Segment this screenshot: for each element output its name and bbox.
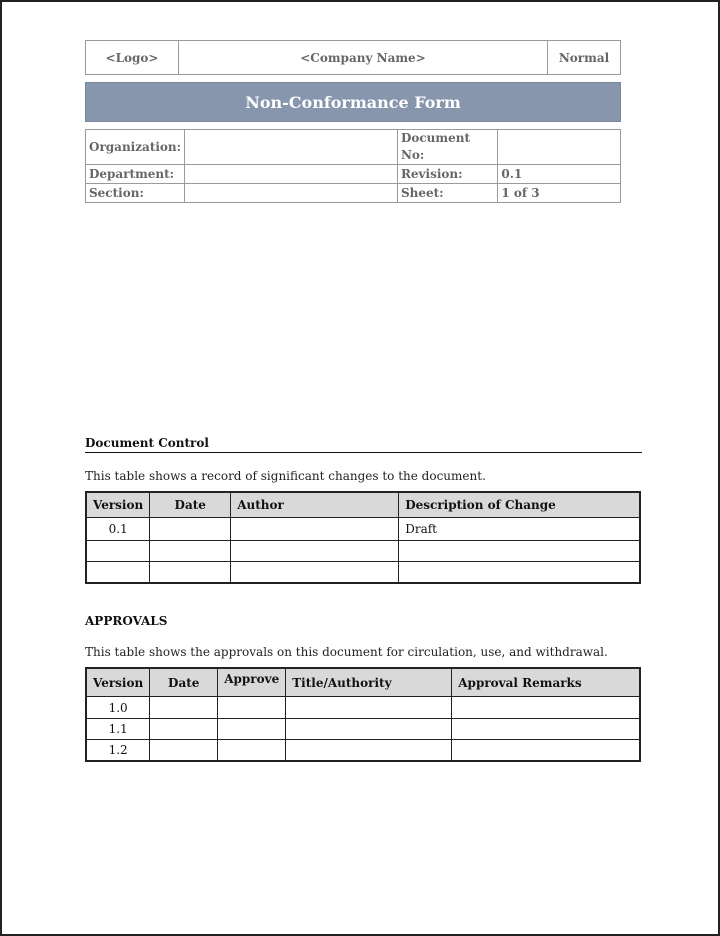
cell-description[interactable]: Draft [399, 518, 640, 541]
cell-date[interactable] [150, 562, 231, 583]
cell-date[interactable] [150, 541, 231, 562]
organization-label: Organization: [86, 130, 185, 165]
organization-field[interactable] [185, 130, 398, 165]
table-row: 1.2 [86, 740, 640, 761]
section-field[interactable] [185, 184, 398, 203]
cell-description[interactable] [399, 562, 640, 583]
department-field[interactable] [185, 165, 398, 184]
info-row-organization: Organization: Document No: [86, 130, 621, 165]
table-header-row: Version Date Author Description of Chang… [86, 492, 640, 518]
column-header-description: Description of Change [399, 492, 640, 518]
cell-title-authority[interactable] [286, 740, 452, 761]
approvals-description: This table shows the approvals on this d… [85, 645, 608, 659]
cell-version[interactable]: 1.1 [86, 719, 150, 740]
document-no-label: Document No: [397, 130, 497, 165]
logo-placeholder: <Logo> [86, 41, 179, 74]
cell-version[interactable] [86, 541, 150, 562]
approvals-heading: APPROVALS [85, 614, 167, 628]
table-row: 0.1 Draft [86, 518, 640, 541]
column-header-approve: Approve [218, 668, 286, 697]
table-row [86, 541, 640, 562]
section-label: Section: [86, 184, 185, 203]
company-name: <Company Name> [179, 41, 548, 74]
table-row: 1.1 [86, 719, 640, 740]
classification-label: Normal [548, 41, 620, 74]
document-control-table: Version Date Author Description of Chang… [85, 491, 641, 584]
sheet-label: Sheet: [397, 184, 497, 203]
cell-approval-remarks[interactable] [452, 740, 640, 761]
revision-field[interactable]: 0.1 [498, 165, 621, 184]
info-row-section: Section: Sheet: 1 of 3 [86, 184, 621, 203]
cell-approve[interactable] [218, 697, 286, 719]
revision-label: Revision: [397, 165, 497, 184]
column-header-author: Author [231, 492, 399, 518]
approvals-table: Version Date Approve Title/Authority App… [85, 667, 641, 762]
document-control-description: This table shows a record of significant… [85, 469, 486, 483]
cell-version[interactable]: 1.2 [86, 740, 150, 761]
form-title: Non-Conformance Form [85, 82, 621, 122]
document-control-heading: Document Control [85, 436, 209, 450]
document-no-field[interactable] [498, 130, 621, 165]
sheet-field[interactable]: 1 of 3 [498, 184, 621, 203]
column-header-date: Date [150, 668, 218, 697]
cell-author[interactable] [231, 518, 399, 541]
section-divider [85, 452, 642, 453]
cell-approve[interactable] [218, 719, 286, 740]
document-header: <Logo> <Company Name> Normal [85, 40, 621, 75]
cell-approval-remarks[interactable] [452, 719, 640, 740]
column-header-approval-remarks: Approval Remarks [452, 668, 640, 697]
cell-version[interactable]: 0.1 [86, 518, 150, 541]
document-info-table: Organization: Document No: Department: R… [85, 129, 621, 203]
column-header-title-authority: Title/Authority [286, 668, 452, 697]
table-row [86, 562, 640, 583]
cell-date[interactable] [150, 740, 218, 761]
cell-approval-remarks[interactable] [452, 697, 640, 719]
cell-approve[interactable] [218, 740, 286, 761]
cell-title-authority[interactable] [286, 697, 452, 719]
cell-version[interactable] [86, 562, 150, 583]
column-header-version: Version [86, 492, 150, 518]
cell-title-authority[interactable] [286, 719, 452, 740]
department-label: Department: [86, 165, 185, 184]
cell-author[interactable] [231, 541, 399, 562]
cell-description[interactable] [399, 541, 640, 562]
cell-date[interactable] [150, 697, 218, 719]
table-header-row: Version Date Approve Title/Authority App… [86, 668, 640, 697]
table-row: 1.0 [86, 697, 640, 719]
cell-version[interactable]: 1.0 [86, 697, 150, 719]
cell-author[interactable] [231, 562, 399, 583]
column-header-date: Date [150, 492, 231, 518]
info-row-department: Department: Revision: 0.1 [86, 165, 621, 184]
column-header-version: Version [86, 668, 150, 697]
cell-date[interactable] [150, 719, 218, 740]
cell-date[interactable] [150, 518, 231, 541]
